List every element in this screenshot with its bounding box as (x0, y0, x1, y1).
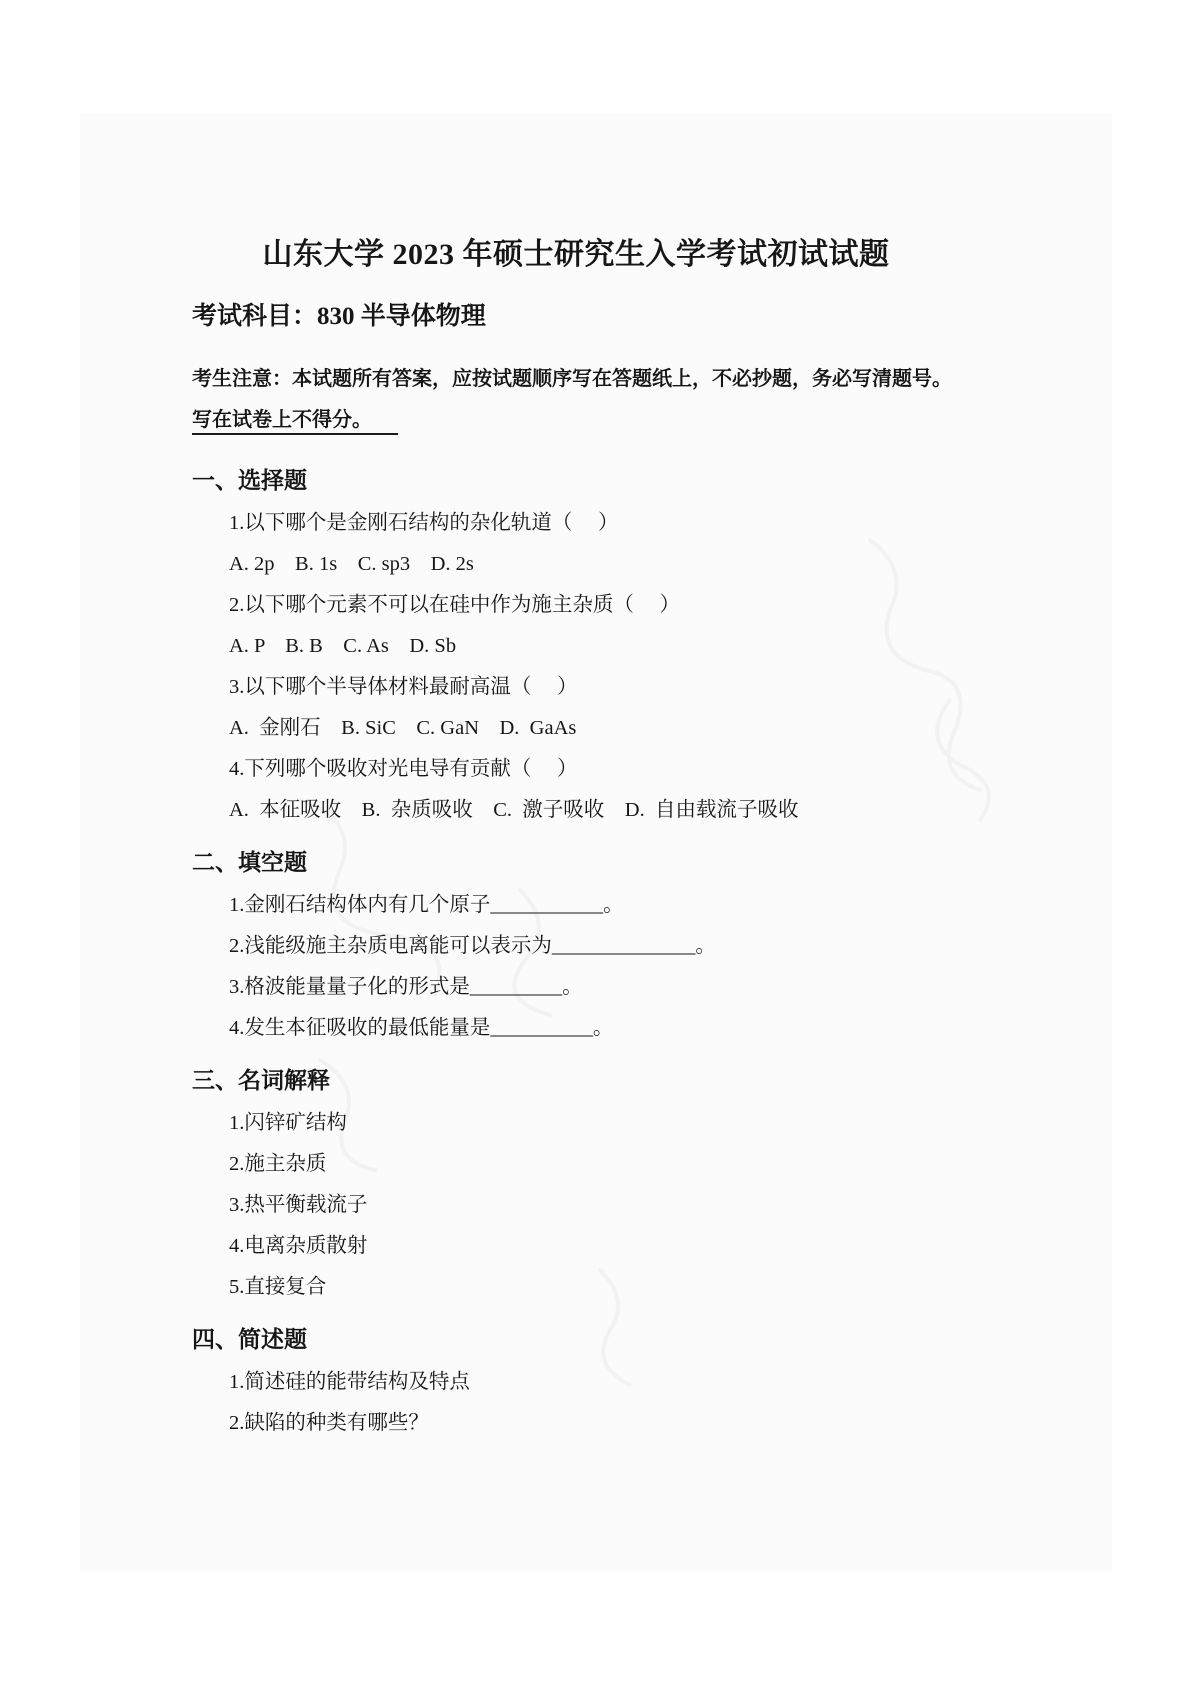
short-answer-1: 1.简述硅的能带结构及特点 (192, 1369, 960, 1395)
exam-subject: 考试科目：830 半导体物理 (192, 302, 960, 331)
blank-question-2: 2.浅能级施主杂质电离能可以表示为______________。 (192, 933, 960, 959)
short-answer-2: 2.缺陷的种类有哪些？ (192, 1410, 960, 1436)
blank-question-1: 1.金刚石结构体内有几个原子___________。 (192, 892, 960, 918)
section-heading-multiple-choice: 一、选择题 (192, 467, 960, 495)
mc-question-3-options: A. 金刚石 B. SiC C. GaN D. GaAs (192, 715, 960, 741)
mc-question-3: 3.以下哪个半导体材料最耐高温（ ） (192, 674, 960, 700)
blank-question-4: 4.发生本征吸收的最低能量是__________。 (192, 1015, 960, 1041)
section-heading-term-definitions: 三、名词解释 (192, 1067, 960, 1095)
section-term-definitions: 三、名词解释 1.闪锌矿结构 2.施主杂质 3.热平衡载流子 4.电离杂质散射 … (192, 1067, 960, 1300)
section-short-answer: 四、简述题 1.简述硅的能带结构及特点 2.缺陷的种类有哪些？ (192, 1326, 960, 1436)
section-multiple-choice: 一、选择题 1.以下哪个是金刚石结构的杂化轨道（ ） A. 2p B. 1s C… (192, 467, 960, 823)
term-5: 5.直接复合 (192, 1274, 960, 1300)
mc-question-4: 4.下列哪个吸收对光电导有贡献（ ） (192, 756, 960, 782)
mc-question-2-options: A. P B. B C. As D. Sb (192, 633, 960, 659)
mc-question-1-options: A. 2p B. 1s C. sp3 D. 2s (192, 551, 960, 577)
term-1: 1.闪锌矿结构 (192, 1110, 960, 1136)
candidate-notice: 考生注意：本试题所有答案，应按试题顺序写在答题纸上，不必抄题，务必写清题号。 写… (192, 359, 960, 441)
section-heading-fill-in-blank: 二、填空题 (192, 849, 960, 877)
scanned-exam-page: 山东大学 2023 年硕士研究生入学考试初试试题 考试科目：830 半导体物理 … (0, 0, 1190, 1683)
mc-question-4-options: A. 本征吸收 B. 杂质吸收 C. 激子吸收 D. 自由载流子吸收 (192, 797, 960, 823)
section-heading-short-answer: 四、简述题 (192, 1326, 960, 1354)
mc-question-2: 2.以下哪个元素不可以在硅中作为施主杂质（ ） (192, 592, 960, 618)
exam-title: 山东大学 2023 年硕士研究生入学考试初试试题 (192, 238, 960, 272)
section-fill-in-blank: 二、填空题 1.金刚石结构体内有几个原子___________。 2.浅能级施主… (192, 849, 960, 1041)
term-4: 4.电离杂质散射 (192, 1233, 960, 1259)
document-content: 山东大学 2023 年硕士研究生入学考试初试试题 考试科目：830 半导体物理 … (0, 0, 1190, 1436)
blank-question-3: 3.格波能量量子化的形式是_________。 (192, 974, 960, 1000)
notice-line-1: 考生注意：本试题所有答案，应按试题顺序写在答题纸上，不必抄题，务必写清题号。 (192, 368, 952, 390)
mc-question-1: 1.以下哪个是金刚石结构的杂化轨道（ ） (192, 510, 960, 536)
notice-line-2: 写在试卷上不得分。 (192, 409, 398, 435)
term-2: 2.施主杂质 (192, 1151, 960, 1177)
term-3: 3.热平衡载流子 (192, 1192, 960, 1218)
